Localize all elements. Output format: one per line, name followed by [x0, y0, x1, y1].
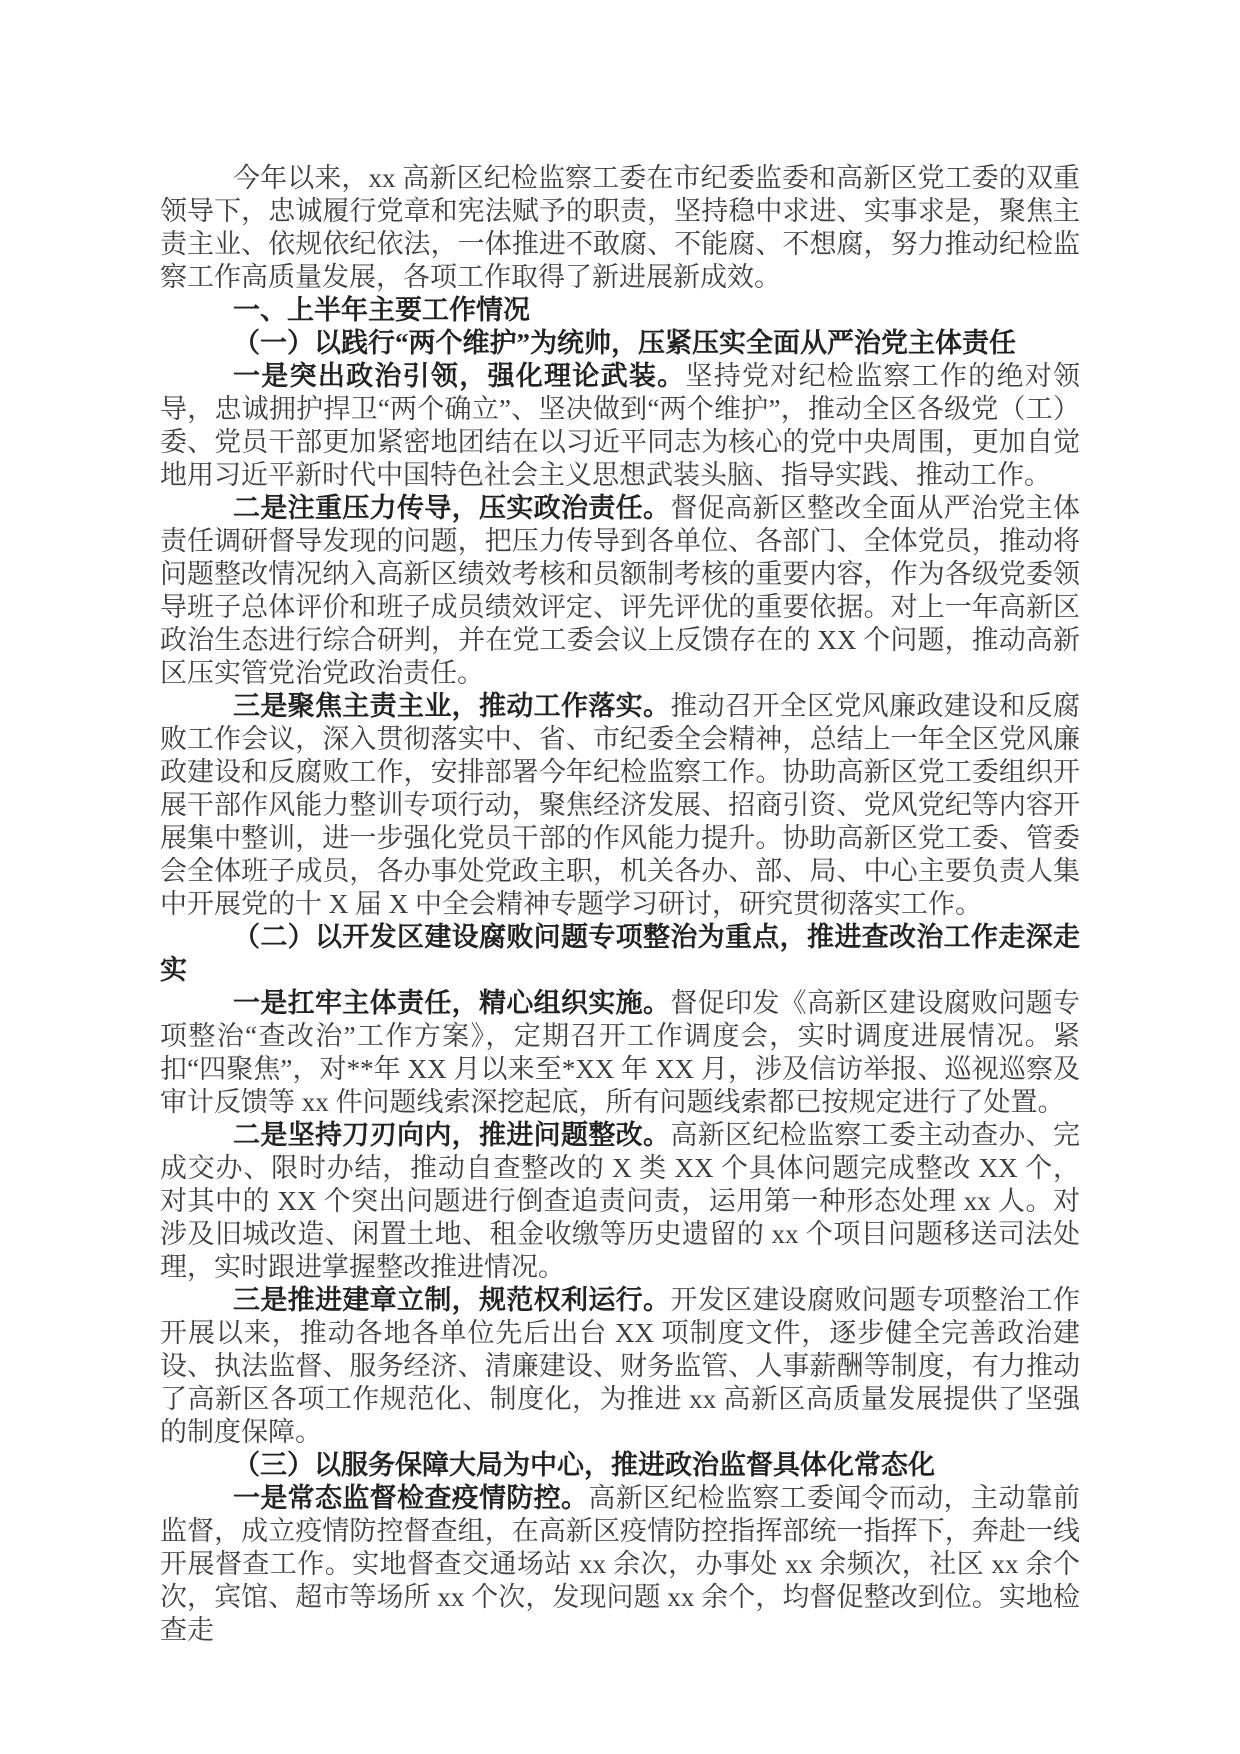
- subsection-heading: （一）以践行“两个维护”为统帅，压紧压实全面从严治党主体责任: [160, 327, 1080, 360]
- document-body: 今年以来，xx 高新区纪检监察工委在市纪委监委和高新区党工委的双重领导下，忠诚履…: [160, 162, 1080, 1647]
- subsection-heading: （三）以服务保障大局为中心，推进政治监督具体化常态化: [160, 1449, 1080, 1482]
- paragraph: 一是常态监督检查疫情防控。高新区纪检监察工委闻令而动，主动靠前监督，成立疫情防控…: [160, 1482, 1080, 1647]
- paragraph: 一是突出政治引领，强化理论武装。坚持党对纪检监察工作的绝对领导，忠诚拥护捍卫“两…: [160, 360, 1080, 492]
- paragraph-bold-lead: 一是突出政治引领，强化理论武装。: [233, 361, 685, 391]
- paragraph-text: （一）以践行“两个维护”为统帅，压紧压实全面从严治党主体责任: [233, 328, 1016, 358]
- paragraph-bold-lead: 三是推进建章立制，规范权利运行。: [233, 1285, 670, 1315]
- document-page: 今年以来，xx 高新区纪检监察工委在市纪委监委和高新区党工委的双重领导下，忠诚履…: [0, 0, 1240, 1754]
- section-heading: 一、上半年主要工作情况: [160, 294, 1080, 327]
- paragraph: 三是聚焦主责主业，推动工作落实。推动召开全区党风廉政建设和反腐败工作会议，深入贯…: [160, 690, 1080, 921]
- paragraph: 今年以来，xx 高新区纪检监察工委在市纪委监委和高新区党工委的双重领导下，忠诚履…: [160, 162, 1080, 294]
- paragraph-text: 推动召开全区党风廉政建设和反腐败工作会议，深入贯彻落实中、省、市纪委全会精神，总…: [160, 691, 1080, 919]
- paragraph-text: （三）以服务保障大局为中心，推进政治监督具体化常态化: [233, 1450, 935, 1480]
- paragraph-text: （二）以开发区建设腐败问题专项整治为重点，推进查改治工作走深走实: [160, 922, 1080, 985]
- paragraph: 一是扛牢主体责任，精心组织实施。督促印发《高新区建设腐败问题专项整治“查改治”工…: [160, 987, 1080, 1119]
- paragraph-bold-lead: 一是常态监督检查疫情防控。: [233, 1483, 588, 1513]
- paragraph-bold-lead: 一是扛牢主体责任，精心组织实施。: [233, 988, 670, 1018]
- paragraph-bold-lead: 二是坚持刀刃向内，推进问题整改。: [233, 1120, 670, 1150]
- subsection-heading: （二）以开发区建设腐败问题专项整治为重点，推进查改治工作走深走实: [160, 921, 1080, 987]
- paragraph: 三是推进建章立制，规范权利运行。开发区建设腐败问题专项整治工作开展以来，推动各地…: [160, 1284, 1080, 1449]
- paragraph: 二是注重压力传导，压实政治责任。督促高新区整改全面从严治党主体责任调研督导发现的…: [160, 492, 1080, 690]
- paragraph-text: 一、上半年主要工作情况: [233, 295, 530, 325]
- paragraph-bold-lead: 三是聚焦主责主业，推动工作落实。: [233, 691, 670, 721]
- paragraph-bold-lead: 二是注重压力传导，压实政治责任。: [233, 493, 670, 523]
- paragraph: 二是坚持刀刃向内，推进问题整改。高新区纪检监察工委主动查办、完成交办、限时办结，…: [160, 1119, 1080, 1284]
- paragraph-text: 今年以来，xx 高新区纪检监察工委在市纪委监委和高新区党工委的双重领导下，忠诚履…: [160, 163, 1080, 292]
